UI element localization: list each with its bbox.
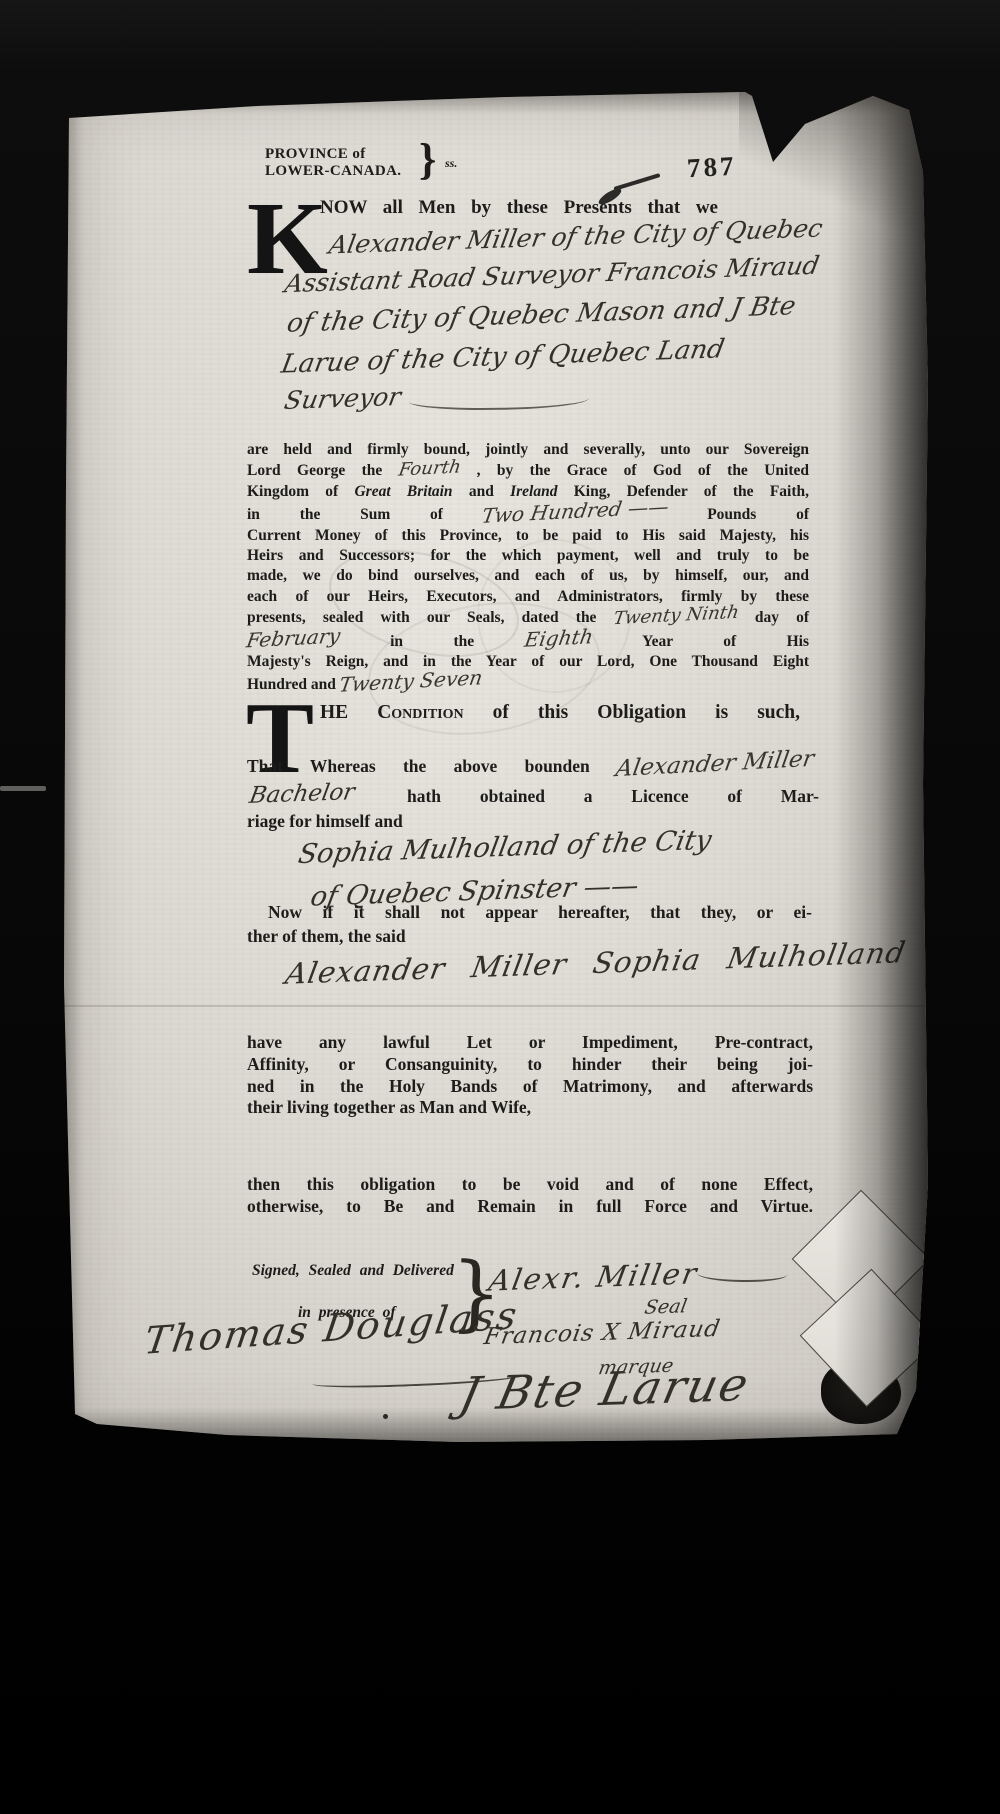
province-caption: PROVINCE of LOWER-CANADA. xyxy=(265,146,401,180)
signature-bondsman2: J Bte Larue xyxy=(455,1357,755,1421)
left-edge-shadow xyxy=(57,84,83,1450)
handwritten-parties-line: Larue of the City of Quebec Land xyxy=(279,334,727,379)
bond-line: Lord George the Fourth , by the Grace of… xyxy=(247,460,809,481)
licence-line: hath obtained a Licence of Mar- xyxy=(407,786,819,807)
now-line2: ther of them, the said xyxy=(247,926,406,947)
impediment-line: have any lawful Let or Impediment, Pre-c… xyxy=(247,1032,813,1054)
impediment-line: ned in the Holy Bands of Matrimony, and … xyxy=(247,1076,813,1098)
handwritten-insert-king: Fourth xyxy=(397,458,462,482)
void-line: otherwise, to Be and Remain in full Forc… xyxy=(247,1196,813,1218)
signature-bondsman-mark: Francois X Miraud xyxy=(482,1316,723,1350)
film-edge-mark xyxy=(0,786,46,791)
province-line1: PROVINCE of xyxy=(265,146,401,163)
document-page: PROVINCE of LOWER-CANADA. } ss. 787 K NO… xyxy=(57,84,929,1450)
bond-paragraph: are held and firmly bound, jointly and s… xyxy=(247,440,809,696)
registry-number: 787 xyxy=(686,151,737,185)
handwritten-insert-month: February xyxy=(245,625,342,650)
ss-abbrev: ss. xyxy=(445,156,457,171)
attestation-line1: Signed, Sealed and Delivered xyxy=(252,1262,454,1280)
bond-line: Kingdom of Great Britain and Ireland Kin… xyxy=(247,482,809,502)
ink-speck xyxy=(383,1414,388,1419)
impediment-line: Affinity, or Consanguinity, to hinder th… xyxy=(247,1054,813,1076)
bond-line: Hundred and Twenty Seven xyxy=(247,672,809,695)
top-edge-shadow xyxy=(57,84,929,114)
bond-line: made, we do bind ourselves, and each of … xyxy=(247,566,809,586)
handwritten-insert-regnal-year: Eighth xyxy=(523,626,595,650)
pen-flourish xyxy=(697,1266,787,1282)
province-line2: LOWER-CANADA. xyxy=(265,163,401,180)
opening-line: NOW all Men by these Presents that we xyxy=(320,197,718,219)
handwritten-parties-line: Surveyor xyxy=(282,382,403,415)
signature-groom-seal-note: Seal xyxy=(643,1295,689,1318)
bond-line: are held and firmly bound, jointly and s… xyxy=(247,440,809,460)
handwritten-insert-day: Twenty Ninth xyxy=(611,603,740,630)
signature-groom: Alexr. Miller xyxy=(486,1256,701,1297)
microfilm-frame: PROVINCE of LOWER-CANADA. } ss. 787 K NO… xyxy=(0,0,1000,1814)
impediment-paragraph: have any lawful Let or Impediment, Pre-c… xyxy=(247,1032,813,1119)
bond-line: Current Money of this Province, to be pa… xyxy=(247,526,809,546)
now-line1: Now if it shall not appear hereafter, th… xyxy=(268,902,812,923)
riage-line: riage for himself and xyxy=(247,811,403,832)
condition-word: Condition xyxy=(377,702,463,723)
void-paragraph: then this obligation to be void and of n… xyxy=(247,1174,813,1218)
handwritten-groom-status: Bachelor xyxy=(247,779,356,809)
bond-line: February in the Eighth Year of His xyxy=(247,629,809,652)
dropcap-k: K xyxy=(247,198,328,279)
condition-heading: HE Condition of this Obligation is such, xyxy=(320,702,800,724)
handwritten-insert-year: Twenty Seven xyxy=(337,668,483,696)
bond-line: Majesty's Reign, and in the Year of our … xyxy=(247,652,809,672)
fold-crease xyxy=(57,1005,929,1007)
handwritten-groom-name: Alexander Miller xyxy=(614,746,816,782)
whereas-line: That Whereas the above bounden Alexander… xyxy=(247,752,813,778)
impediment-line: their living together as Man and Wife, xyxy=(247,1097,813,1119)
pen-flourish xyxy=(409,390,589,410)
province-brace: } xyxy=(419,134,436,185)
bond-line: in the Sum of Two Hundred —— Pounds of xyxy=(247,502,809,525)
bond-line: Heirs and Successors; for the which paym… xyxy=(247,546,809,566)
void-line: then this obligation to be void and of n… xyxy=(247,1174,813,1196)
handwritten-parties-line: of the City of Quebec Mason and J Bte xyxy=(285,291,799,339)
